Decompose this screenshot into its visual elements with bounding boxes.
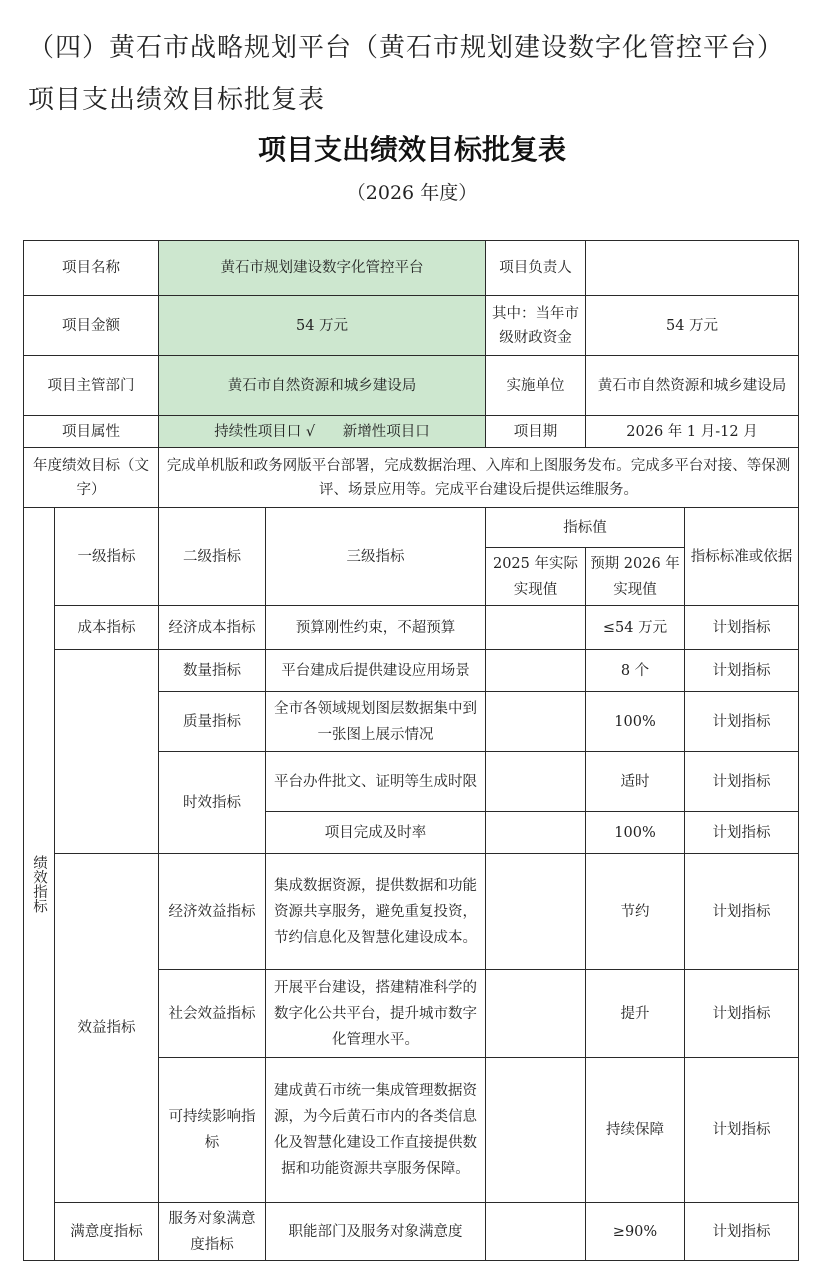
expected-cell: 100% [586,812,685,854]
year-subtitle: （2026 年度） [0,178,824,205]
period-label: 项目期 [486,416,586,448]
header-expected-2026: 预期 2026 年实现值 [586,548,685,606]
performance-target-table: 项目名称 黄石市规划建设数字化管控平台 项目负责人 项目金额 54 万元 其中：… [23,240,799,1261]
basis-cell: 计划指标 [685,650,799,692]
row-department: 项目主管部门 黄石市自然资源和城乡建设局 实施单位 黄石市自然资源和城乡建设局 [24,356,799,416]
level3-cell: 项目完成及时率 [266,812,486,854]
expected-cell: ≤54 万元 [586,606,685,650]
expected-cell: 8 个 [586,650,685,692]
actual-cell [486,752,586,812]
basis-cell: 计划指标 [685,970,799,1058]
indicators-side-text: 绩效指标 [26,855,52,913]
actual-cell [486,650,586,692]
header-level2: 二级指标 [159,508,266,606]
period-value: 2026 年 1 月-12 月 [586,416,799,448]
dept-label: 项目主管部门 [24,356,159,416]
level3-cell: 建成黄石市统一集成管理数据资源，为今后黄石市内的各类信息化及智慧化建设工作直接提… [266,1058,486,1203]
city-fund-label: 其中：当年市级财政资金 [486,296,586,356]
actual-cell [486,854,586,970]
project-name-value: 黄石市规划建设数字化管控平台 [159,241,486,296]
basis-cell: 计划指标 [685,606,799,650]
indicators-side-label: 绩效指标 [24,508,55,1261]
level3-cell: 职能部门及服务对象满意度 [266,1203,486,1261]
goal-value: 完成单机版和政务网版平台部署，完成数据治理、入库和上图服务发布。完成多平台对接、… [159,448,799,508]
actual-cell [486,1058,586,1203]
table-row: 满意度指标 服务对象满意度指标 职能部门及服务对象满意度 ≥90% 计划指标 [24,1203,799,1261]
level3-cell: 全市各领域规划图层数据集中到一张图上展示情况 [266,692,486,752]
level2-cell: 服务对象满意度指标 [159,1203,266,1261]
level3-cell: 平台办件批文、证明等生成时限 [266,752,486,812]
header-basis: 指标标准或依据 [685,508,799,606]
project-name-label: 项目名称 [24,241,159,296]
actual-cell [486,692,586,752]
dept-value: 黄石市自然资源和城乡建设局 [159,356,486,416]
row-project-amount: 项目金额 54 万元 其中：当年市级财政资金 54 万元 [24,296,799,356]
level2-cell: 时效指标 [159,752,266,854]
level2-cell: 经济效益指标 [159,854,266,970]
city-fund-value: 54 万元 [586,296,799,356]
expected-cell: 提升 [586,970,685,1058]
amount-value: 54 万元 [159,296,486,356]
attr-label: 项目属性 [24,416,159,448]
level1-cell-benefit: 效益指标 [55,854,159,1203]
attr-continuing-checkbox: 持续性项目口 √ [214,424,315,440]
page-title: 项目支出绩效目标批复表 [0,128,824,168]
indicator-header-row: 绩效指标 一级指标 二级指标 三级指标 指标值 指标标准或依据 [24,508,799,548]
level2-cell: 质量指标 [159,692,266,752]
level2-cell: 社会效益指标 [159,970,266,1058]
actual-cell [486,970,586,1058]
attr-new-checkbox: 新增性项目口 [343,424,430,440]
impl-value: 黄石市自然资源和城乡建设局 [586,356,799,416]
table-row: 数量指标 平台建成后提供建设应用场景 8 个 计划指标 [24,650,799,692]
level1-cell: 满意度指标 [55,1203,159,1261]
level2-cell: 数量指标 [159,650,266,692]
row-project-name: 项目名称 黄石市规划建设数字化管控平台 项目负责人 [24,241,799,296]
expected-cell: 持续保障 [586,1058,685,1203]
leader-label: 项目负责人 [486,241,586,296]
basis-cell: 计划指标 [685,854,799,970]
header-value-group: 指标值 [486,508,685,548]
header-actual-2025: 2025 年实际实现值 [486,548,586,606]
level3-cell: 平台建成后提供建设应用场景 [266,650,486,692]
level3-cell: 集成数据资源，提供数据和功能资源共享服务，避免重复投资，节约信息化及智慧化建设成… [266,854,486,970]
leader-value [586,241,799,296]
attr-value: 持续性项目口 √ 新增性项目口 [159,416,486,448]
expected-cell: 100% [586,692,685,752]
level1-cell-output [55,650,159,854]
table-row: 成本指标 经济成本指标 预算刚性约束，不超预算 ≤54 万元 计划指标 [24,606,799,650]
impl-label: 实施单位 [486,356,586,416]
basis-cell: 计划指标 [685,812,799,854]
level3-cell: 开展平台建设，搭建精准科学的数字化公共平台，提升城市数字化管理水平。 [266,970,486,1058]
row-annual-goal: 年度绩效目标（文字） 完成单机版和政务网版平台部署，完成数据治理、入库和上图服务… [24,448,799,508]
amount-label: 项目金额 [24,296,159,356]
expected-cell: 适时 [586,752,685,812]
basis-cell: 计划指标 [685,752,799,812]
section-heading: （四）黄石市战略规划平台（黄石市规划建设数字化管控平台）项目支出绩效目标批复表 [28,22,798,126]
expected-cell: 节约 [586,854,685,970]
basis-cell: 计划指标 [685,1203,799,1261]
level2-cell: 经济成本指标 [159,606,266,650]
actual-cell [486,606,586,650]
expected-cell: ≥90% [586,1203,685,1261]
level2-cell: 可持续影响指标 [159,1058,266,1203]
actual-cell [486,1203,586,1261]
row-attribute: 项目属性 持续性项目口 √ 新增性项目口 项目期 2026 年 1 月-12 月 [24,416,799,448]
level1-cell: 成本指标 [55,606,159,650]
goal-label: 年度绩效目标（文字） [24,448,159,508]
actual-cell [486,812,586,854]
header-level1: 一级指标 [55,508,159,606]
level3-cell: 预算刚性约束，不超预算 [266,606,486,650]
basis-cell: 计划指标 [685,1058,799,1203]
header-level3: 三级指标 [266,508,486,606]
table-row: 效益指标 经济效益指标 集成数据资源，提供数据和功能资源共享服务，避免重复投资，… [24,854,799,970]
basis-cell: 计划指标 [685,692,799,752]
